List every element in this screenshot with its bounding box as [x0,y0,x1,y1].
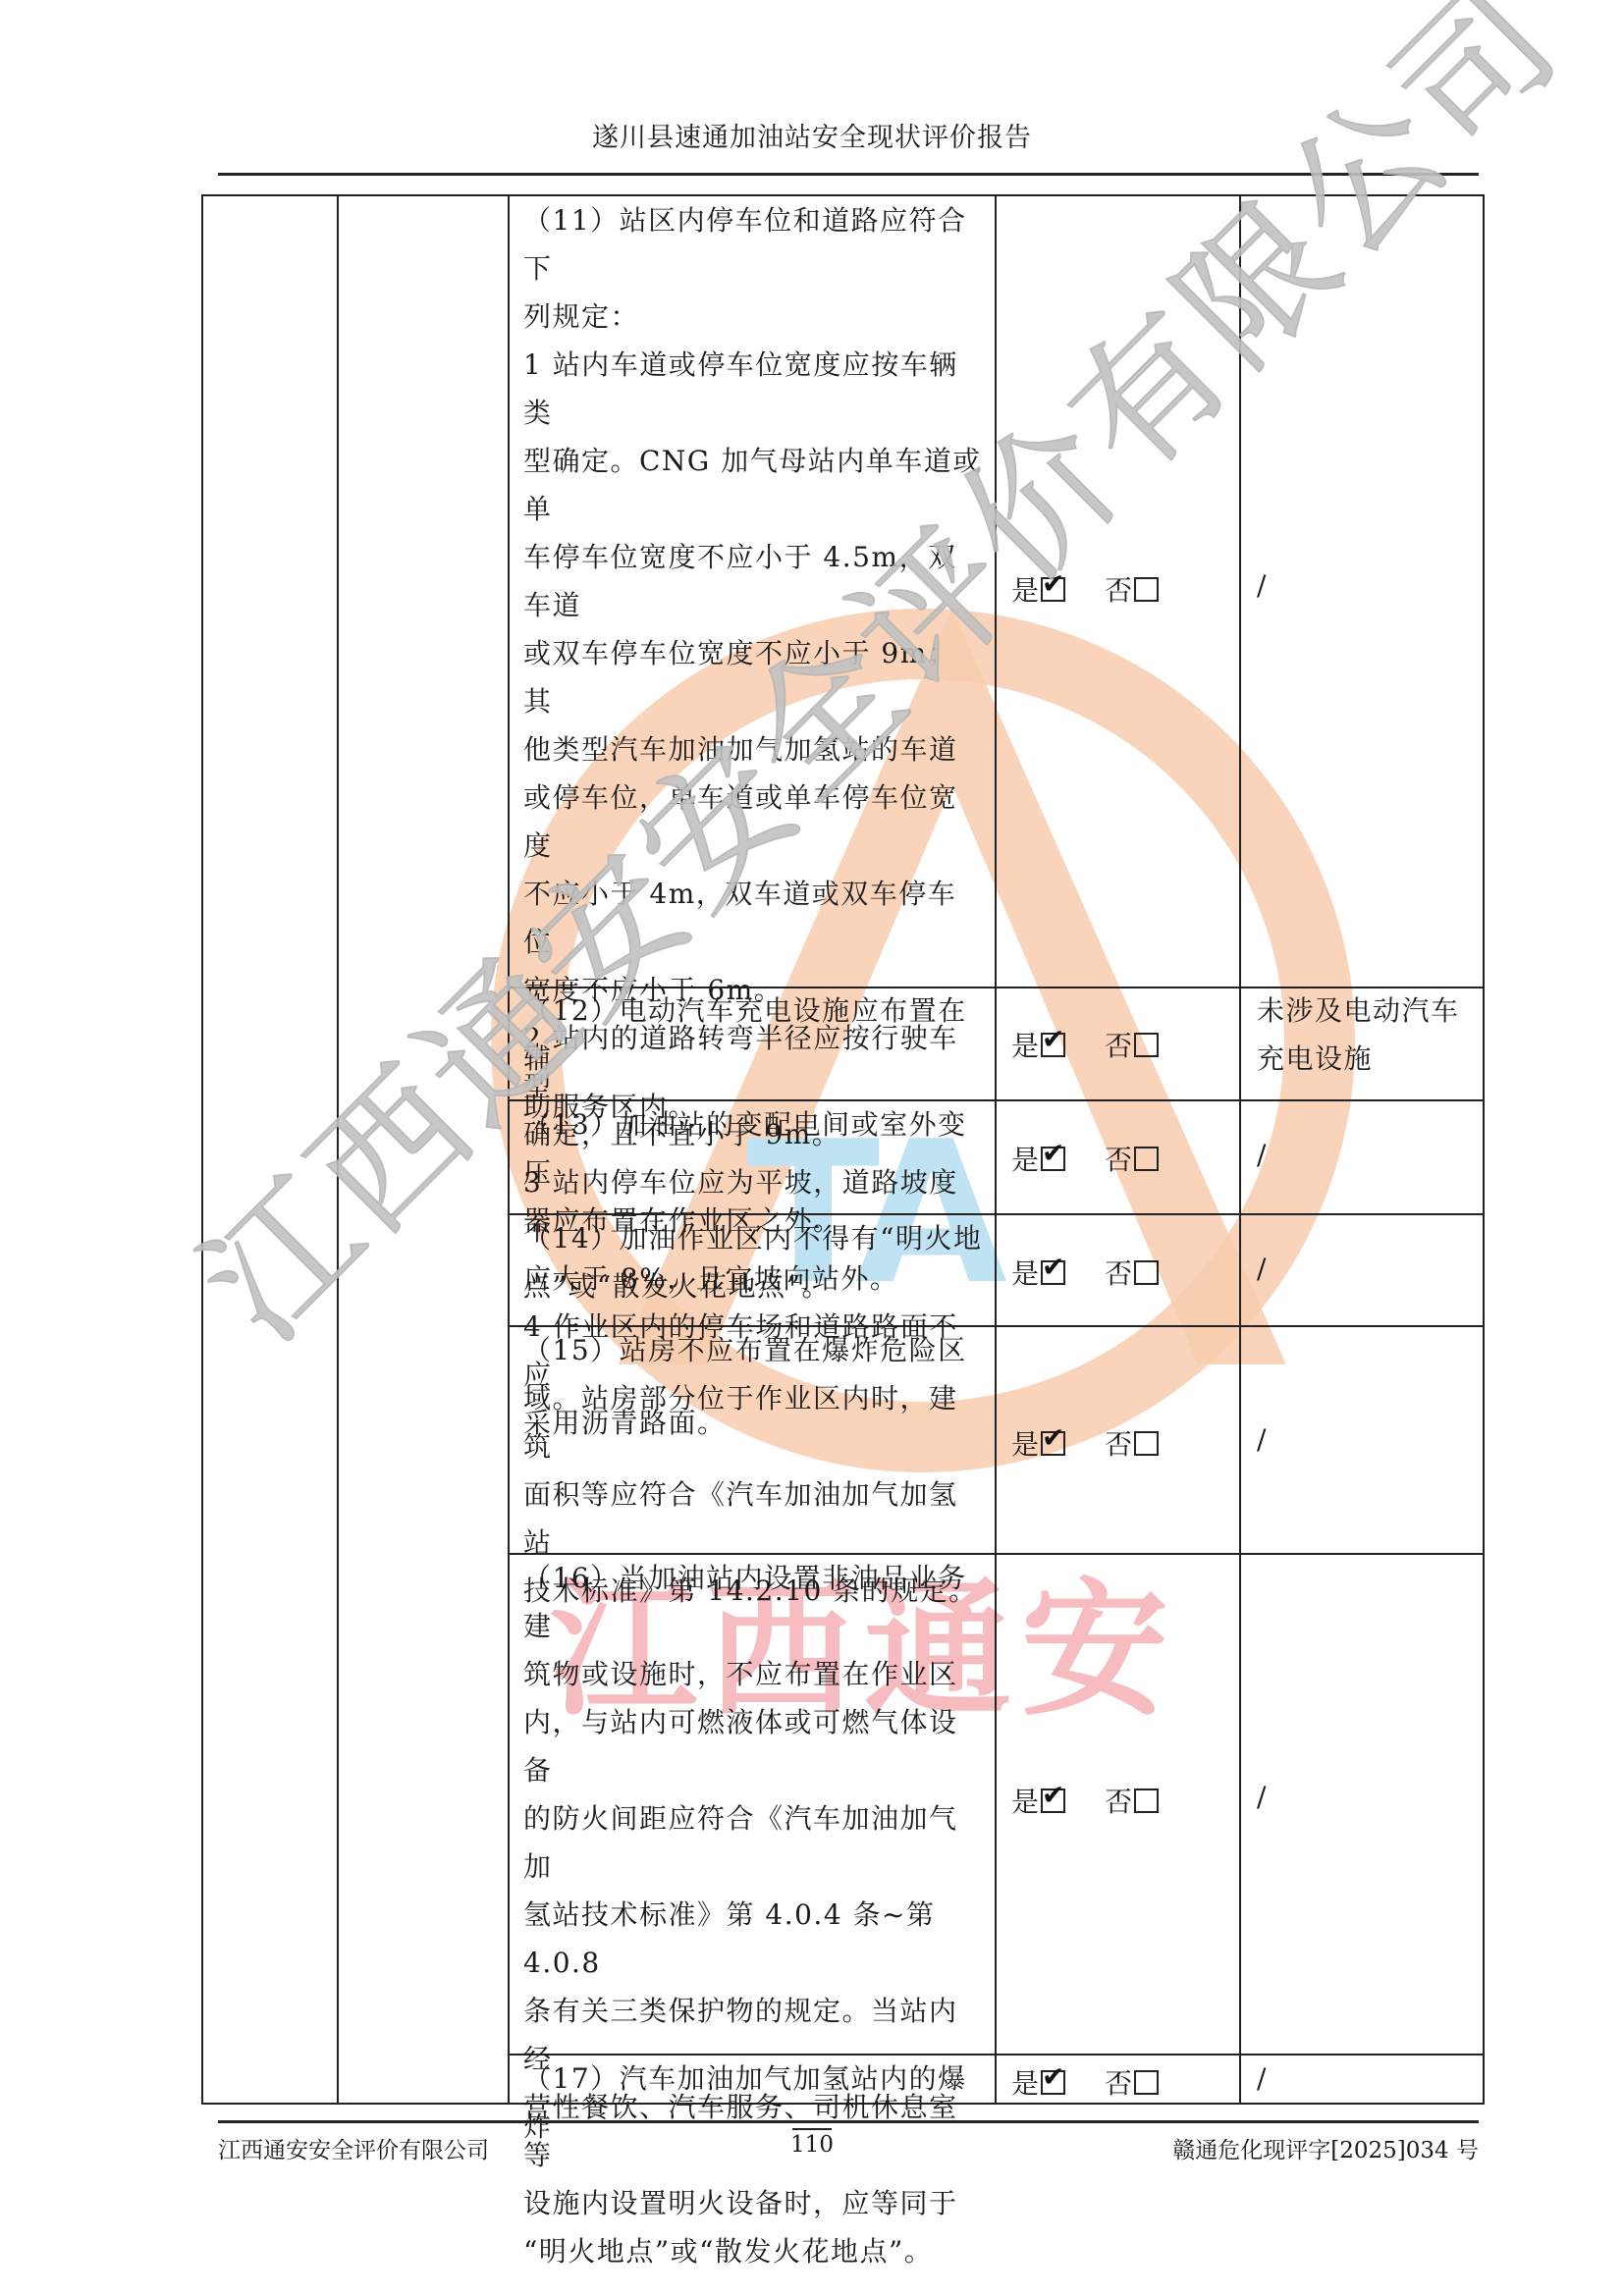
compliance-check: 是否 [1011,1139,1159,1178]
requirement-line: （13）加油站的变配电间或室外变压 [523,1100,985,1197]
compliance-check: 是否 [1011,1025,1159,1064]
requirement-line: （15）站房不应布置在爆炸危险区 [523,1326,985,1374]
remark-line: / [1257,1131,1478,1179]
no-label: 否 [1105,1144,1132,1176]
compliance-check: 是否 [1011,1423,1159,1463]
column-divider [995,194,997,2105]
yes-label: 是 [1011,574,1039,607]
no-checkbox-icon[interactable] [1134,2070,1159,2095]
remark-line: / [1257,1415,1478,1464]
requirement-line: （17）汽车加油加气加氢站内的爆炸 [523,2055,985,2151]
yes-label: 是 [1011,1257,1039,1290]
requirement-line: （16）当加油站内设置非油品业务建 [523,1554,985,1650]
remark-cell: / [1257,561,1478,610]
no-checkbox-icon[interactable] [1134,577,1159,602]
compliance-check: 是否 [1011,1781,1159,1820]
requirement-text: （16）当加油站内设置非油品业务建筑物或设施时，不应布置在作业区内，与站内可燃液… [523,1554,985,2275]
no-label: 否 [1105,1786,1132,1818]
yes-checkbox-icon[interactable] [1041,1260,1065,1285]
remark-line: / [1257,1773,1478,1821]
yes-checkbox-icon[interactable] [1041,577,1065,602]
remark-line: 未涉及电动汽车 [1257,987,1478,1035]
no-label: 否 [1105,2067,1132,2100]
yes-label: 是 [1011,1428,1039,1461]
requirement-line: 或停车位，单车道或单车停车位宽度 [523,774,985,870]
no-checkbox-icon[interactable] [1134,1033,1159,1057]
requirement-line: 内，与站内可燃液体或可燃气体设备 [523,1698,985,1794]
yes-label: 是 [1011,2067,1039,2100]
yes-checkbox-icon[interactable] [1041,2070,1065,2095]
requirement-line: （12）电动汽车充电设施应布置在辅 [523,987,985,1083]
yes-label: 是 [1011,1030,1039,1062]
requirement-line: 的防火间距应符合《汽车加油加气加 [523,1794,985,1891]
report-reference-number: 赣通危化现评字[2025]034 号 [1172,2132,1479,2164]
no-label: 否 [1105,574,1132,607]
header-rule [218,173,1479,176]
no-label: 否 [1105,1428,1132,1461]
yes-label: 是 [1011,1144,1039,1176]
requirement-line: 不应小于 4m，双车道或双车停车位 [523,870,985,966]
compliance-check: 是否 [1011,2062,1159,2102]
page-number-bar [792,2128,832,2130]
requirement-line: 1 站内车道或停车位宽度应按车辆类 [523,341,985,437]
remark-cell: / [1257,1131,1478,1179]
requirement-line: 车停车位宽度不应小于 4.5m，双车道 [523,533,985,629]
remark-cell: / [1257,2055,1478,2103]
no-checkbox-icon[interactable] [1134,1147,1159,1171]
requirement-line: 筑物或设施时，不应布置在作业区 [523,1650,985,1698]
yes-checkbox-icon[interactable] [1041,1033,1065,1057]
requirement-line: 设施内设置明火设备时，应等同于 [523,2179,985,2227]
remark-line: / [1257,561,1478,610]
page-number: 110 [790,2132,834,2158]
yes-checkbox-icon[interactable] [1041,1431,1065,1456]
footer-company-name: 江西通安安全评价有限公司 [218,2132,489,2164]
footer-rule [218,2120,1479,2123]
no-label: 否 [1105,1257,1132,1290]
no-checkbox-icon[interactable] [1134,1260,1159,1285]
remark-line: / [1257,2055,1478,2103]
remark-line: 充电设施 [1257,1035,1478,1083]
compliance-check: 是否 [1011,569,1159,609]
document-header-title: 遂川县速通加油站安全现状评价报告 [0,116,1624,154]
requirement-text: （14）加油作业区内不得有“明火地点”或“散发火花地点”。 [523,1214,985,1310]
compliance-check: 是否 [1011,1253,1159,1292]
column-divider [1239,194,1241,2105]
requirement-line: “明火地点”或“散发火花地点”。 [523,2227,985,2275]
requirement-line: 面积等应符合《汽车加油加气加氢站 [523,1470,985,1567]
no-checkbox-icon[interactable] [1134,1789,1159,1813]
requirement-line: （11）站区内停车位和道路应符合下 [523,196,985,293]
requirement-line: 氢站技术标准》第 4.0.4 条~第 4.0.8 [523,1891,985,1987]
requirement-line: 点”或“散发火花地点”。 [523,1262,985,1310]
requirement-line: 列规定： [523,293,985,341]
remark-cell: 未涉及电动汽车充电设施 [1257,987,1478,1083]
yes-checkbox-icon[interactable] [1041,1147,1065,1171]
yes-label: 是 [1011,1786,1039,1818]
requirement-line: 他类型汽车加油加气加氢站的车道 [523,725,985,774]
remark-cell: / [1257,1415,1478,1464]
requirement-line: （14）加油作业区内不得有“明火地 [523,1214,985,1262]
remark-line: / [1257,1245,1478,1293]
column-divider [508,194,510,2105]
remark-cell: / [1257,1773,1478,1821]
requirement-line: 型确定。CNG 加气母站内单车道或单 [523,437,985,533]
remark-cell: / [1257,1245,1478,1293]
no-label: 否 [1105,1030,1132,1062]
requirement-line: 域。站房部分位于作业区内时，建筑 [523,1374,985,1470]
column-divider [337,194,339,2105]
requirement-line: 或双车停车位宽度不应小于 9m；其 [523,629,985,725]
requirement-text: （17）汽车加油加气加氢站内的爆炸 [523,2055,985,2151]
yes-checkbox-icon[interactable] [1041,1789,1065,1813]
no-checkbox-icon[interactable] [1134,1431,1159,1456]
